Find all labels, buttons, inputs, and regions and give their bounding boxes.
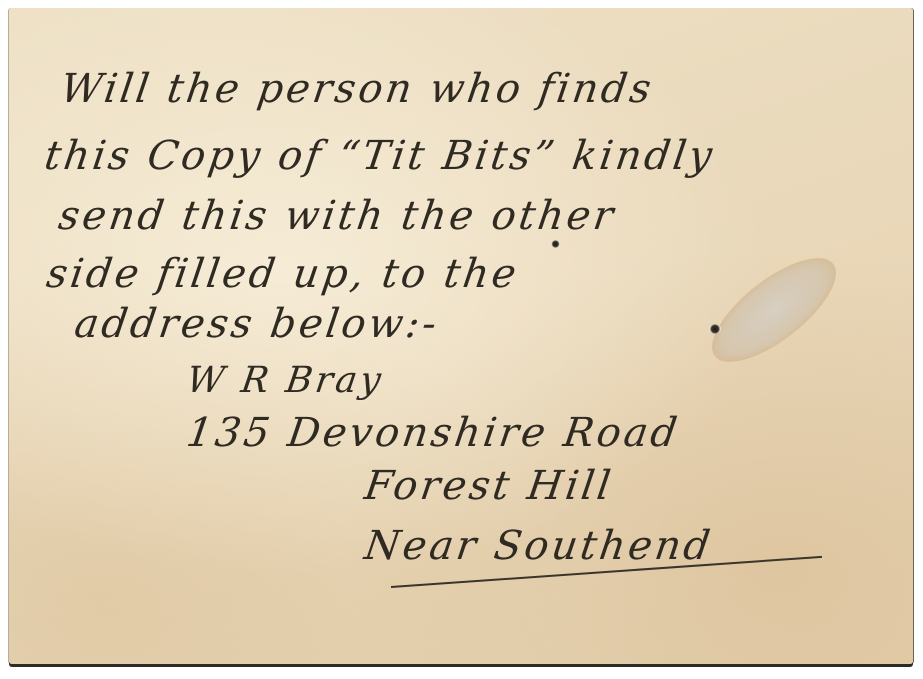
paper-stain [696, 240, 851, 380]
handwritten-card: Will the person who finds this Copy of “… [9, 8, 913, 664]
pin-hole [709, 324, 721, 334]
message-line-3: send this with the other [56, 193, 619, 239]
message-line-5: address below:- [72, 301, 442, 347]
message-line-4: side filled up, to the [44, 251, 522, 297]
address-district: Forest Hill [362, 463, 616, 509]
address-name: W R Bray [184, 360, 386, 401]
address-street: 135 Devonshire Road [184, 410, 683, 456]
message-line-2: this Copy of “Tit Bits” kindly [42, 133, 718, 179]
message-line-1: Will the person who finds [58, 66, 657, 112]
pin-hole [551, 240, 560, 248]
address-town: Near Southend [362, 523, 716, 569]
